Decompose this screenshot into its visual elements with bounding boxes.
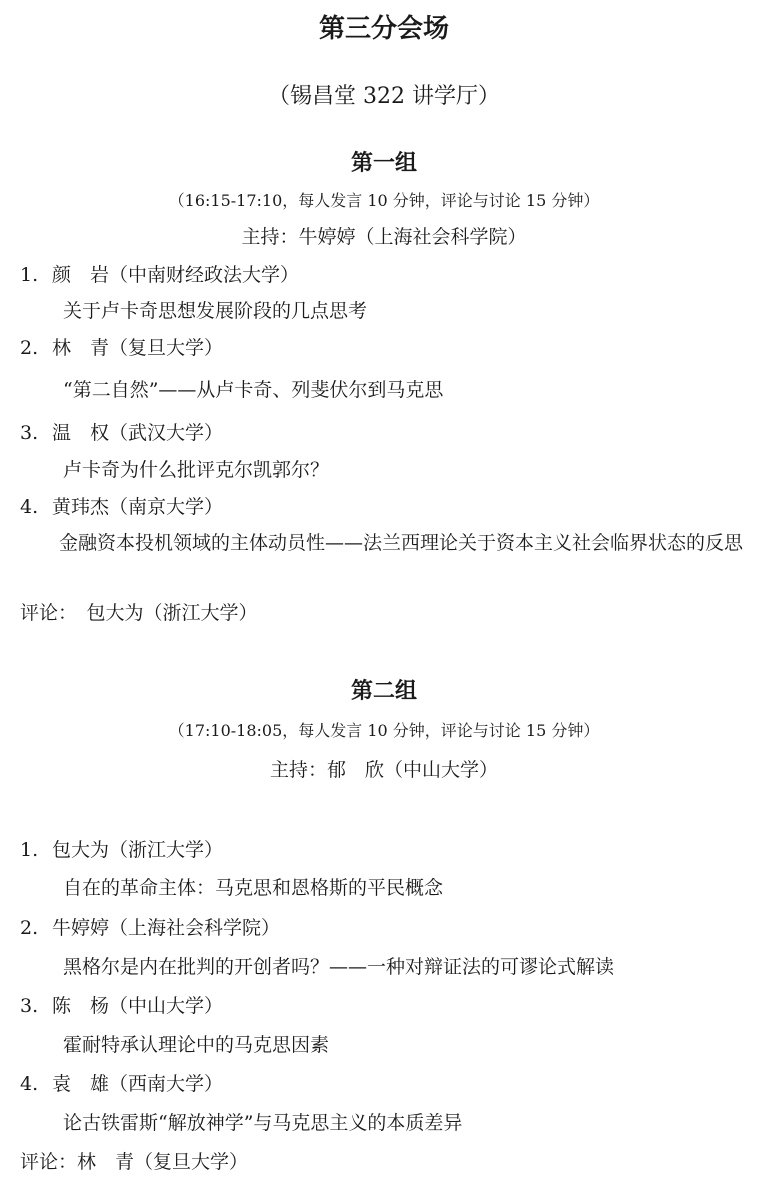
group-2-title: 第二组 (0, 674, 768, 705)
group-1-host: 主持：牛婷婷（上海社会科学院） (0, 222, 768, 249)
group-1-talk-3-speaker: 3.温 权（武汉大学） (20, 418, 223, 445)
group-1-talk-2-speaker: 2.林 青（复旦大学） (20, 333, 223, 360)
group-1-time: （16:15-17:10，每人发言 10 分钟，评论与讨论 15 分钟） (0, 188, 768, 211)
page-title: 第三分会场 (0, 8, 768, 45)
group-1-talk-2-topic: “第二自然”——从卢卡奇、列斐伏尔到马克思 (63, 375, 443, 402)
group-1-talk-1-speaker: 1.颜 岩（中南财经政法大学） (20, 260, 299, 287)
group-1-talk-4-speaker: 4.黄玮杰（南京大学） (20, 492, 223, 519)
group-2-talk-4-topic: 论古铁雷斯“解放神学”与马克思主义的本质差异 (63, 1108, 462, 1135)
group-2-talk-3-speaker: 3.陈 杨（中山大学） (20, 991, 223, 1018)
group-1-talk-4-topic: 金融资本投机领域的主体动员性——法兰西理论关于资本主义社会临界状态的反思 (20, 526, 760, 560)
venue: （锡昌堂 322 讲学厅） (0, 79, 768, 110)
group-1-commentator: 评论： 包大为（浙江大学） (20, 598, 258, 625)
group-1-talk-1-topic: 关于卢卡奇思想发展阶段的几点思考 (63, 296, 367, 323)
group-2-talk-4-speaker: 4.袁 雄（西南大学） (20, 1069, 223, 1096)
group-2-talk-2-topic: 黑格尔是内在批判的开创者吗？——一种对辩证法的可谬论式解读 (63, 952, 614, 979)
group-2-host: 主持：郁 欣（中山大学） (0, 755, 768, 782)
group-2-talk-2-speaker: 2.牛婷婷（上海社会科学院） (20, 913, 280, 940)
group-1-talk-3-topic: 卢卡奇为什么批评克尔凯郭尔？ (63, 455, 329, 482)
group-2-talk-1-speaker: 1.包大为（浙江大学） (20, 835, 223, 862)
group-2-talk-1-topic: 自在的革命主体：马克思和恩格斯的平民概念 (63, 873, 443, 900)
group-2-time: （17:10-18:05，每人发言 10 分钟，评论与讨论 15 分钟） (0, 718, 768, 741)
group-1-title: 第一组 (0, 146, 768, 177)
group-2-talk-3-topic: 霍耐特承认理论中的马克思因素 (63, 1030, 329, 1057)
group-2-commentator: 评论：林 青（复旦大学） (20, 1147, 248, 1174)
